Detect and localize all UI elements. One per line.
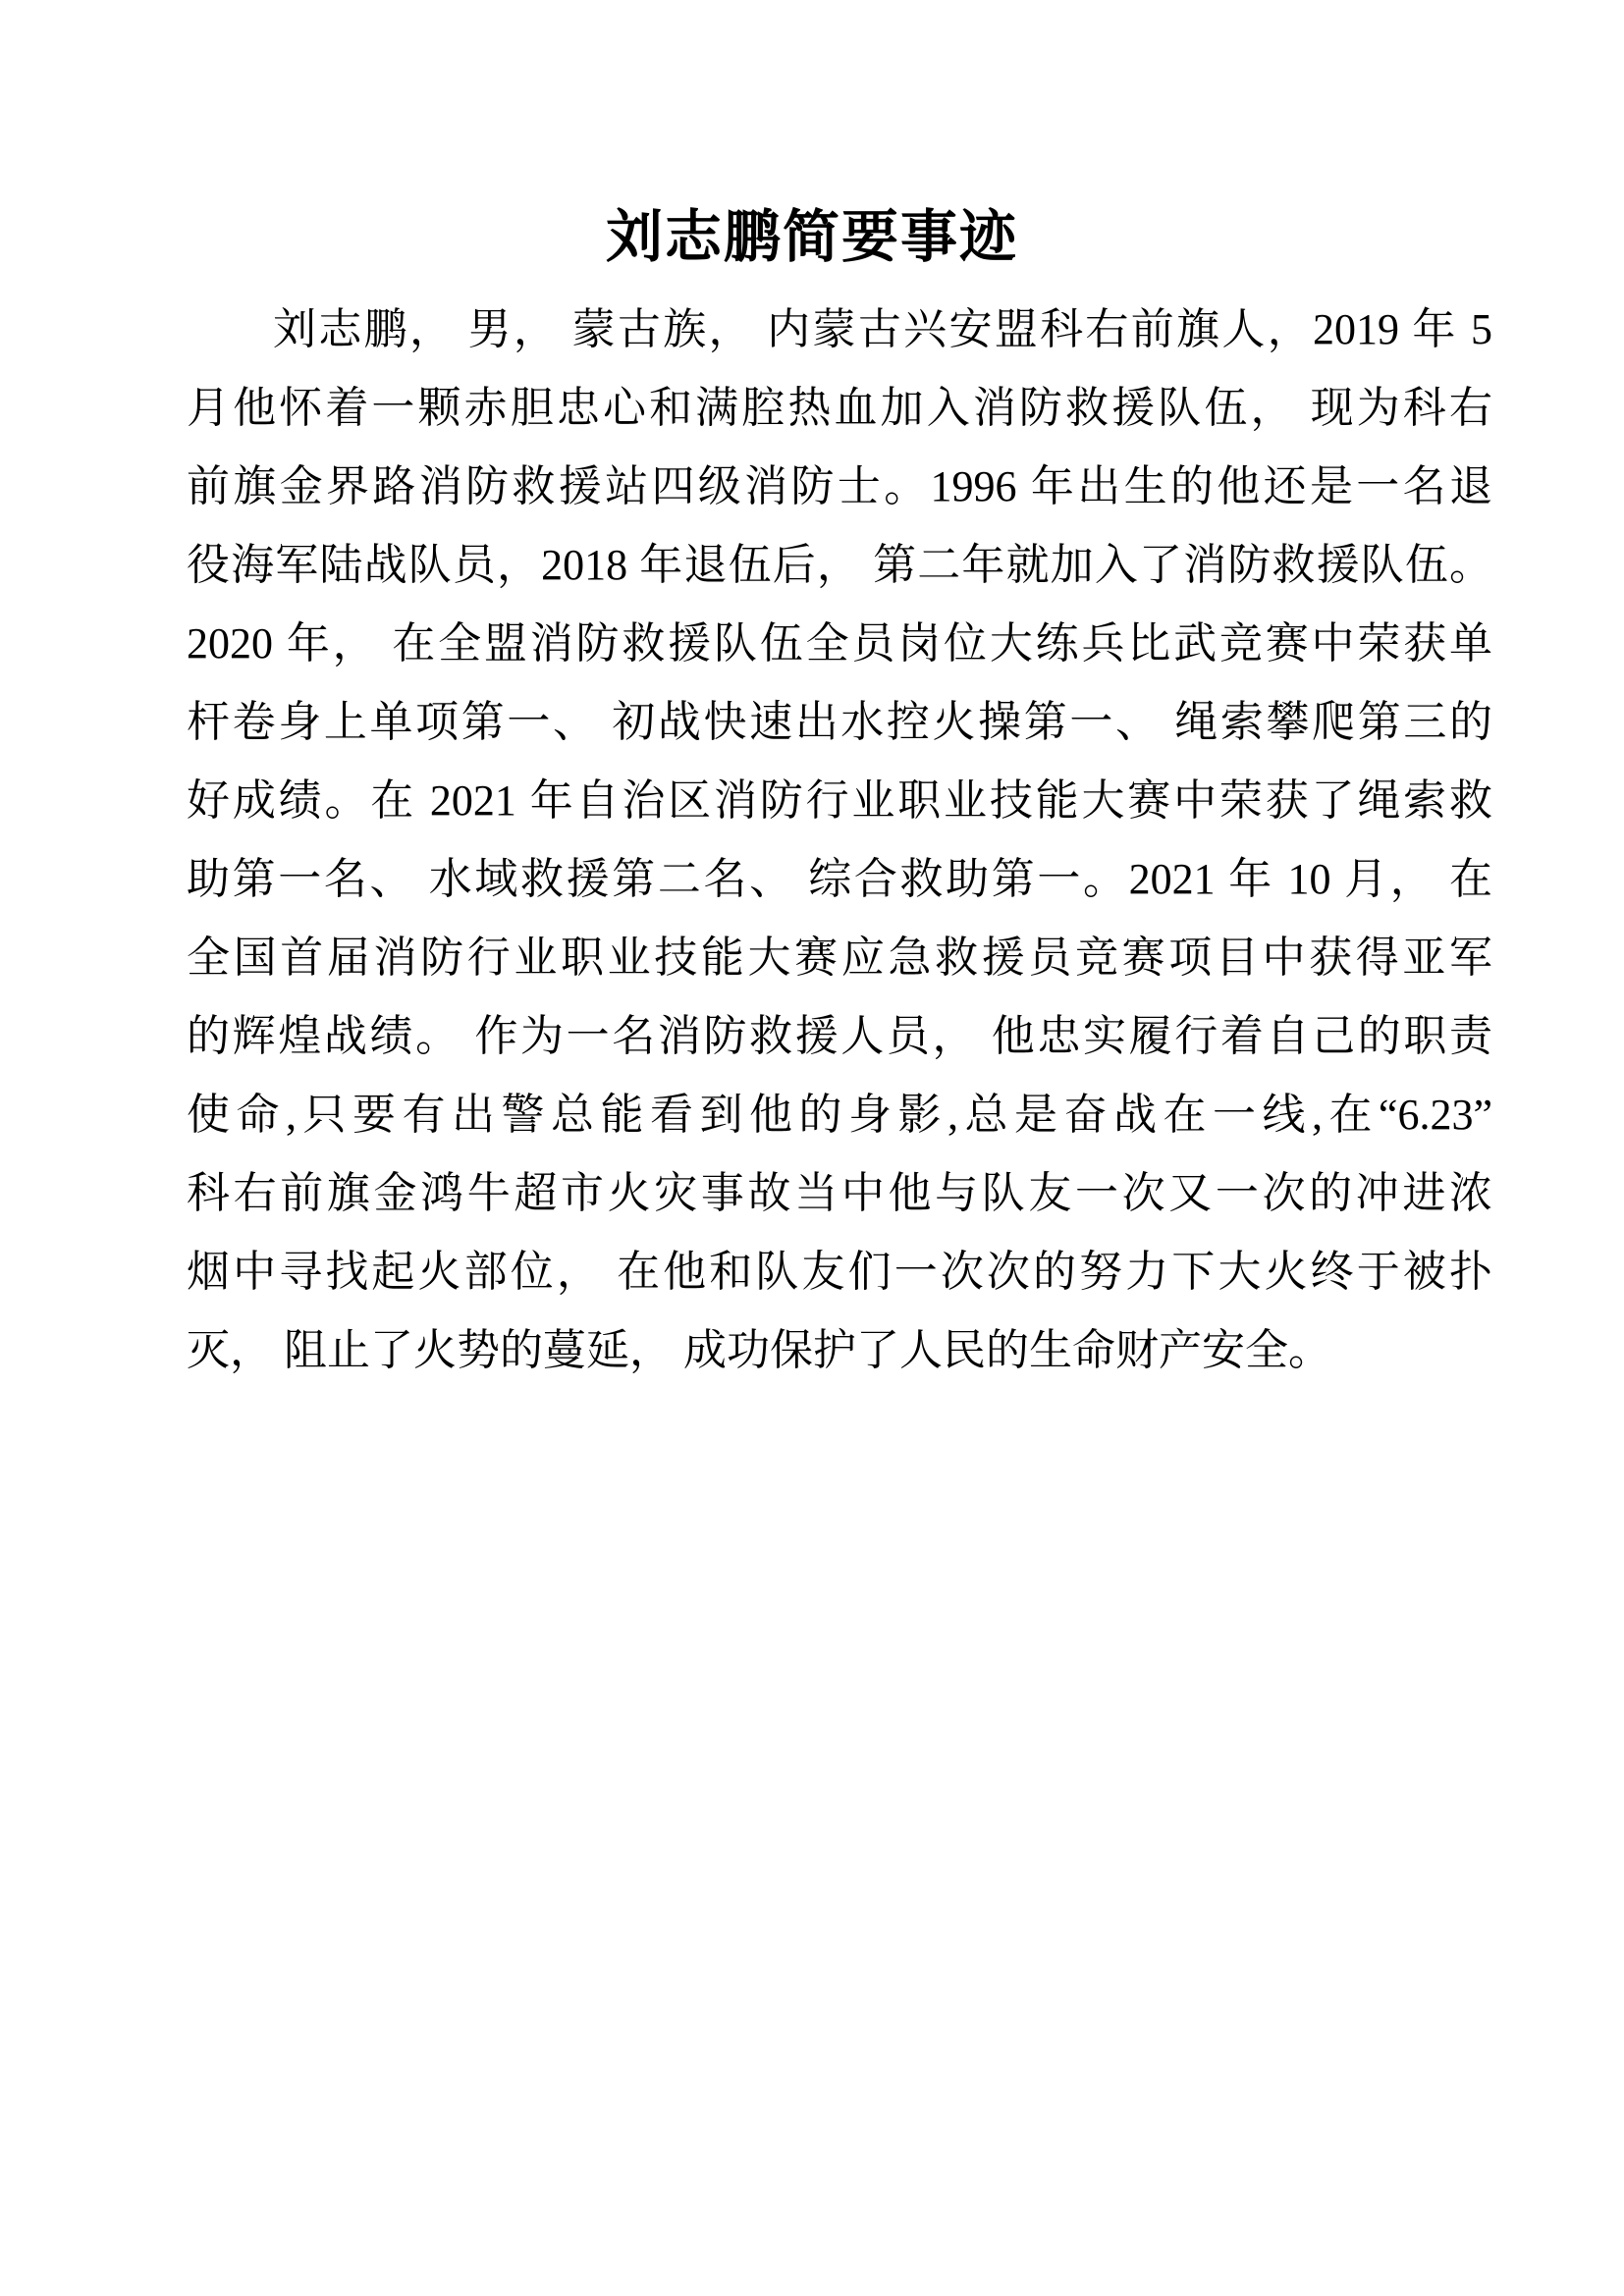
document-page: 刘志鹏简要事迹 刘志鹏， 男， 蒙古族， 内蒙古兴安盟科右前旗人，2019 年 … xyxy=(0,0,1624,2296)
body-line: 的辉煌战绩。 作为一名消防救援人员， 他忠实履行着自己的职责 xyxy=(187,997,1492,1076)
body-line: 2020 年， 在全盟消防救援队伍全员岗位大练兵比武竞赛中荣获单 xyxy=(187,605,1492,683)
body-line: 役海军陆战队员，2018 年退伍后， 第二年就加入了消防救援队伍。 xyxy=(187,526,1492,605)
body-line: 灭， 阻止了火势的蔓延， 成功保护了人民的生命财产安全。 xyxy=(187,1311,1492,1390)
body-line: 前旗金界路消防救援站四级消防士。1996 年出生的他还是一名退 xyxy=(187,448,1492,526)
body-line: 刘志鹏， 男， 蒙古族， 内蒙古兴安盟科右前旗人，2019 年 5 xyxy=(187,291,1492,369)
body-line: 使命,只要有出警总能看到他的身影,总是奋战在一线,在“6.23” xyxy=(187,1076,1492,1154)
body-line: 杆卷身上单项第一、 初战快速出水控火操第一、 绳索攀爬第三的 xyxy=(187,683,1492,762)
body-line: 好成绩。在 2021 年自治区消防行业职业技能大赛中荣获了绳索救 xyxy=(187,762,1492,840)
body-line: 科右前旗金鸿牛超市火灾事故当中他与队友一次又一次的冲进浓 xyxy=(187,1154,1492,1233)
document-body: 刘志鹏， 男， 蒙古族， 内蒙古兴安盟科右前旗人，2019 年 5 月他怀着一颗… xyxy=(0,291,1624,1390)
body-line: 助第一名、 水域救援第二名、 综合救助第一。2021 年 10 月， 在 xyxy=(187,840,1492,919)
body-line: 全国首届消防行业职业技能大赛应急救援员竞赛项目中获得亚军 xyxy=(187,919,1492,997)
body-line: 月他怀着一颗赤胆忠心和满腔热血加入消防救援队伍， 现为科右 xyxy=(187,369,1492,448)
body-line: 烟中寻找起火部位， 在他和队友们一次次的努力下大火终于被扑 xyxy=(187,1233,1492,1311)
page-title: 刘志鹏简要事迹 xyxy=(0,196,1624,279)
